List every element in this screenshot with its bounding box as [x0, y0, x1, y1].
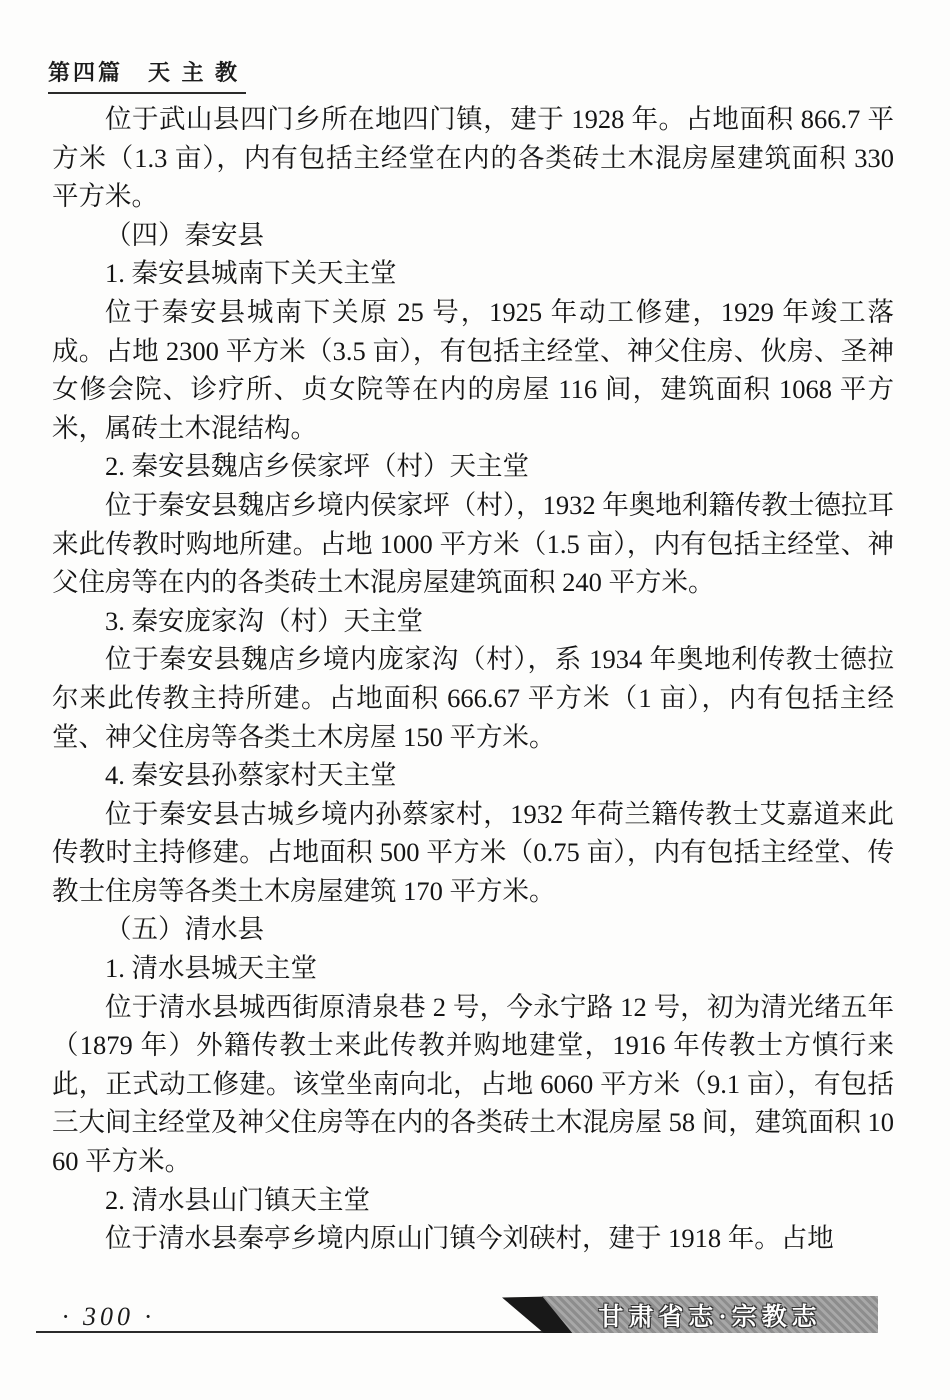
- running-head-title: 第四篇 天 主 教: [48, 56, 246, 94]
- section-heading: （五）清水县: [52, 910, 894, 949]
- entry-heading: 2. 秦安县魏店乡侯家坪（村）天主堂: [52, 447, 894, 486]
- body-paragraph: 位于清水县城西街原清泉巷 2 号，今永宁路 12 号，初为清光绪五年（1879 …: [52, 988, 894, 1181]
- body-paragraph: 位于秦安县城南下关原 25 号，1925 年动工修建，1929 年竣工落成。占地…: [52, 293, 894, 447]
- body-paragraph: 位于秦安县古城乡境内孙蔡家村，1932 年荷兰籍传教士艾嘉道来此传教时主持修建。…: [52, 795, 894, 911]
- footer-rule: [36, 1331, 566, 1333]
- entry-heading: 3. 秦安庞家沟（村）天主堂: [52, 602, 894, 641]
- entry-heading: 2. 清水县山门镇天主堂: [52, 1181, 894, 1220]
- footer-banner: 甘肃省志·宗教志: [502, 1296, 878, 1333]
- body-paragraph: 位于秦安县魏店乡境内侯家坪（村），1932 年奥地利籍传教士德拉耳来此传教时购地…: [52, 486, 894, 602]
- body-paragraph: 位于清水县秦亭乡境内原山门镇今刘硖村，建于 1918 年。占地: [52, 1219, 894, 1258]
- entry-heading: 4. 秦安县孙蔡家村天主堂: [52, 756, 894, 795]
- body-paragraph: 位于秦安县魏店乡境内庞家沟（村），系 1934 年奥地利传教士德拉尔来此传教主持…: [52, 640, 894, 756]
- book-series-title: 甘肃省志·宗教志: [598, 1297, 821, 1333]
- body-paragraph: 位于武山县四门乡所在地四门镇，建于 1928 年。占地面积 866.7 平方米（…: [52, 100, 894, 216]
- section-heading: （四）秦安县: [52, 216, 894, 255]
- entry-heading: 1. 秦安县城南下关天主堂: [52, 254, 894, 293]
- page-body-text: 位于武山县四门乡所在地四门镇，建于 1928 年。占地面积 866.7 平方米（…: [52, 100, 894, 1258]
- page-number: · 300 ·: [62, 1302, 155, 1332]
- banner-band: 甘肃省志·宗教志: [542, 1296, 878, 1333]
- scanned-book-page: 第四篇 天 主 教 位于武山县四门乡所在地四门镇，建于 1928 年。占地面积 …: [0, 0, 950, 1400]
- entry-heading: 1. 清水县城天主堂: [52, 949, 894, 988]
